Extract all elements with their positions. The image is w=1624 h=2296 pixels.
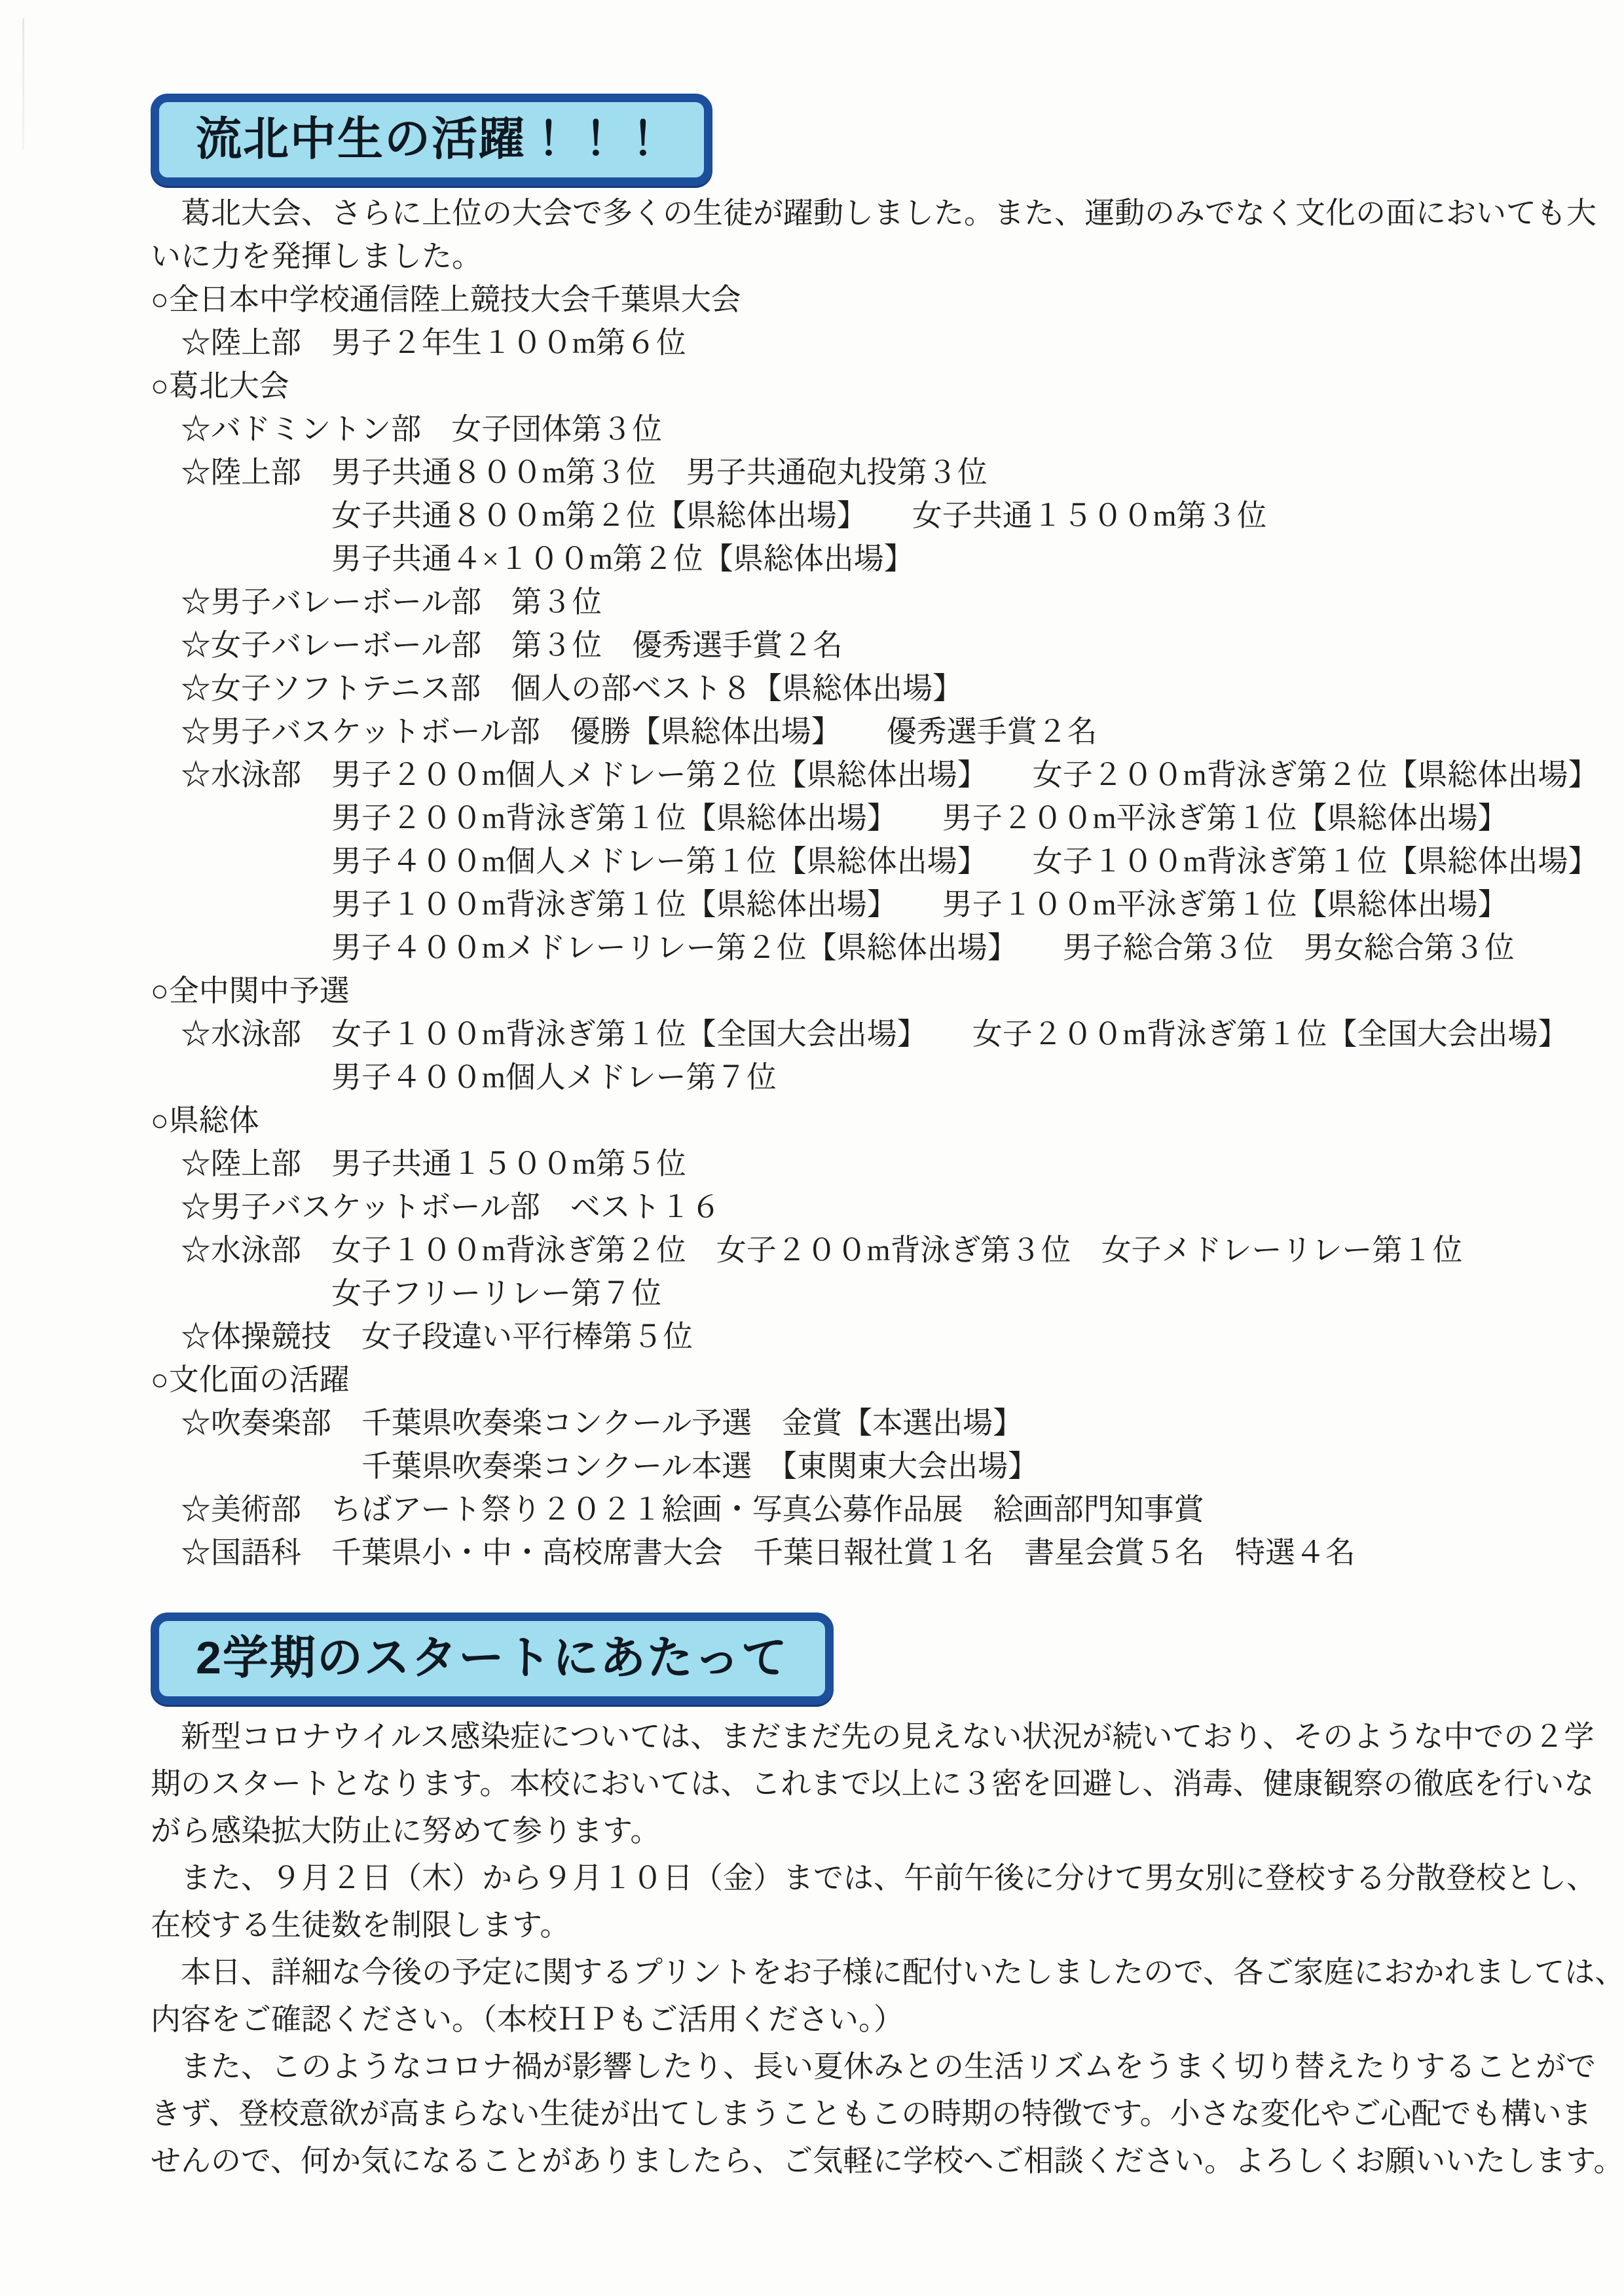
text-line: ☆美術部 ちばアート祭り２０２１絵画・写真公募作品展 絵画部門知事賞 [151, 1488, 1585, 1531]
text-line: ☆水泳部 女子１００m背泳ぎ第２位 女子２００m背泳ぎ第３位 女子メドレーリレー… [151, 1229, 1585, 1272]
text-line: 男子共通４×１００m第２位【県総体出場】 [151, 538, 1585, 581]
text-line: また、９月２日（木）から９月１０日（金）までは、午前午後に分けて男女別に登校する… [151, 1855, 1585, 1902]
text-line: 新型コロナウイルス感染症については、まだまだ先の見えない状況が続いており、そのよ… [151, 1713, 1585, 1760]
text-line: 在校する生徒数を制限します。 [151, 1902, 1585, 1949]
text-line: 男子４００mメドレーリレー第２位【県総体出場】 男子総合第３位 男女総合第３位 [151, 926, 1585, 970]
text-line: ○全日本中学校通信陸上競技大会千葉県大会 [151, 278, 1585, 321]
text-line: 男子４００m個人メドレー第１位【県総体出場】 女子１００m背泳ぎ第１位【県総体出… [151, 840, 1585, 883]
text-line: がら感染拡大防止に努めて参ります。 [151, 1808, 1585, 1855]
text-line: 本日、詳細な今後の予定に関するプリントをお子様に配付いたしましたので、各ご家庭に… [151, 1949, 1585, 1996]
achievements-text-block: 葛北大会、さらに上位の大会で多くの生徒が躍動しました。また、運動のみでなく文化の… [151, 192, 1585, 1575]
text-line: せんので、何か気になることがありましたら、ご気軽に学校へご相談ください。よろしく… [151, 2138, 1585, 2185]
text-line: 葛北大会、さらに上位の大会で多くの生徒が躍動しました。また、運動のみでなく文化の… [151, 192, 1585, 235]
text-line: ☆水泳部 男子２００m個人メドレー第２位【県総体出場】 女子２００m背泳ぎ第２位… [151, 754, 1585, 797]
text-line: ☆陸上部 男子共通１５００m第５位 [151, 1142, 1585, 1186]
semester-text-block: 新型コロナウイルス感染症については、まだまだ先の見えない状況が続いており、そのよ… [151, 1713, 1585, 2185]
semester-heading-label: 2学期のスタートにあたって [196, 1632, 788, 1683]
text-line: きず、登校意欲が高まらない生徒が出てしまうこともこの時期の特徴です。小さな変化や… [151, 2090, 1585, 2138]
text-line: ○県総体 [151, 1099, 1585, 1142]
text-line: ☆男子バスケットボール部 優勝【県総体出場】 優秀選手賞２名 [151, 710, 1585, 754]
scan-artifact-line [22, 18, 24, 149]
text-line: 女子共通８００m第２位【県総体出場】 女子共通１５００m第３位 [151, 494, 1585, 538]
achievements-heading-label: 流北中生の活躍！！！ [196, 113, 667, 164]
text-line: 内容をご確認ください。（本校ＨＰもご活用ください。） [151, 1996, 1585, 2043]
text-line: ☆国語科 千葉県小・中・高校席書大会 千葉日報社賞１名 書星会賞５名 特選４名 [151, 1531, 1585, 1575]
text-line: ☆吹奏楽部 千葉県吹奏楽コンクール予選 金賞【本選出場】 [151, 1402, 1585, 1445]
text-line: ☆男子バスケットボール部 ベスト１６ [151, 1186, 1585, 1229]
text-line: 期のスタートとなります。本校においては、これまで以上に３密を回避し、消毒、健康観… [151, 1760, 1585, 1808]
text-line: ☆水泳部 女子１００m背泳ぎ第１位【全国大会出場】 女子２００m背泳ぎ第１位【全… [151, 1013, 1585, 1056]
text-line: ☆女子バレーボール部 第３位 優秀選手賞２名 [151, 624, 1585, 667]
text-line: ☆女子ソフトテニス部 個人の部ベスト８【県総体出場】 [151, 667, 1585, 710]
text-line: ○全中関中予選 [151, 970, 1585, 1013]
text-line: ○文化面の活躍 [151, 1358, 1585, 1402]
text-line: ☆体操競技 女子段違い平行棒第５位 [151, 1315, 1585, 1358]
semester-heading-box: 2学期のスタートにあたって [151, 1613, 834, 1705]
text-line: ☆バドミントン部 女子団体第３位 [151, 408, 1585, 451]
text-line: いに力を発揮しました。 [151, 235, 1585, 278]
text-line: また、このようなコロナ禍が影響したり、長い夏休みとの生活リズムをうまく切り替えた… [151, 2043, 1585, 2090]
newsletter-page: 流北中生の活躍！！！ 葛北大会、さらに上位の大会で多くの生徒が躍動しました。また… [0, 0, 1624, 2296]
text-line: 女子フリーリレー第７位 [151, 1272, 1585, 1315]
text-line: ○葛北大会 [151, 365, 1585, 408]
text-line: 男子１００m背泳ぎ第１位【県総体出場】 男子１００m平泳ぎ第１位【県総体出場】 [151, 883, 1585, 926]
achievements-heading-box: 流北中生の活躍！！！ [151, 94, 712, 186]
text-line: 千葉県吹奏楽コンクール本選 【東関東大会出場】 [151, 1445, 1585, 1488]
text-line: ☆陸上部 男子共通８００m第３位 男子共通砲丸投第３位 [151, 451, 1585, 494]
text-line: ☆男子バレーボール部 第３位 [151, 581, 1585, 624]
text-line: 男子２００m背泳ぎ第１位【県総体出場】 男子２００m平泳ぎ第１位【県総体出場】 [151, 797, 1585, 840]
text-line: ☆陸上部 男子２年生１００m第６位 [151, 321, 1585, 365]
text-line: 男子４００m個人メドレー第７位 [151, 1056, 1585, 1099]
